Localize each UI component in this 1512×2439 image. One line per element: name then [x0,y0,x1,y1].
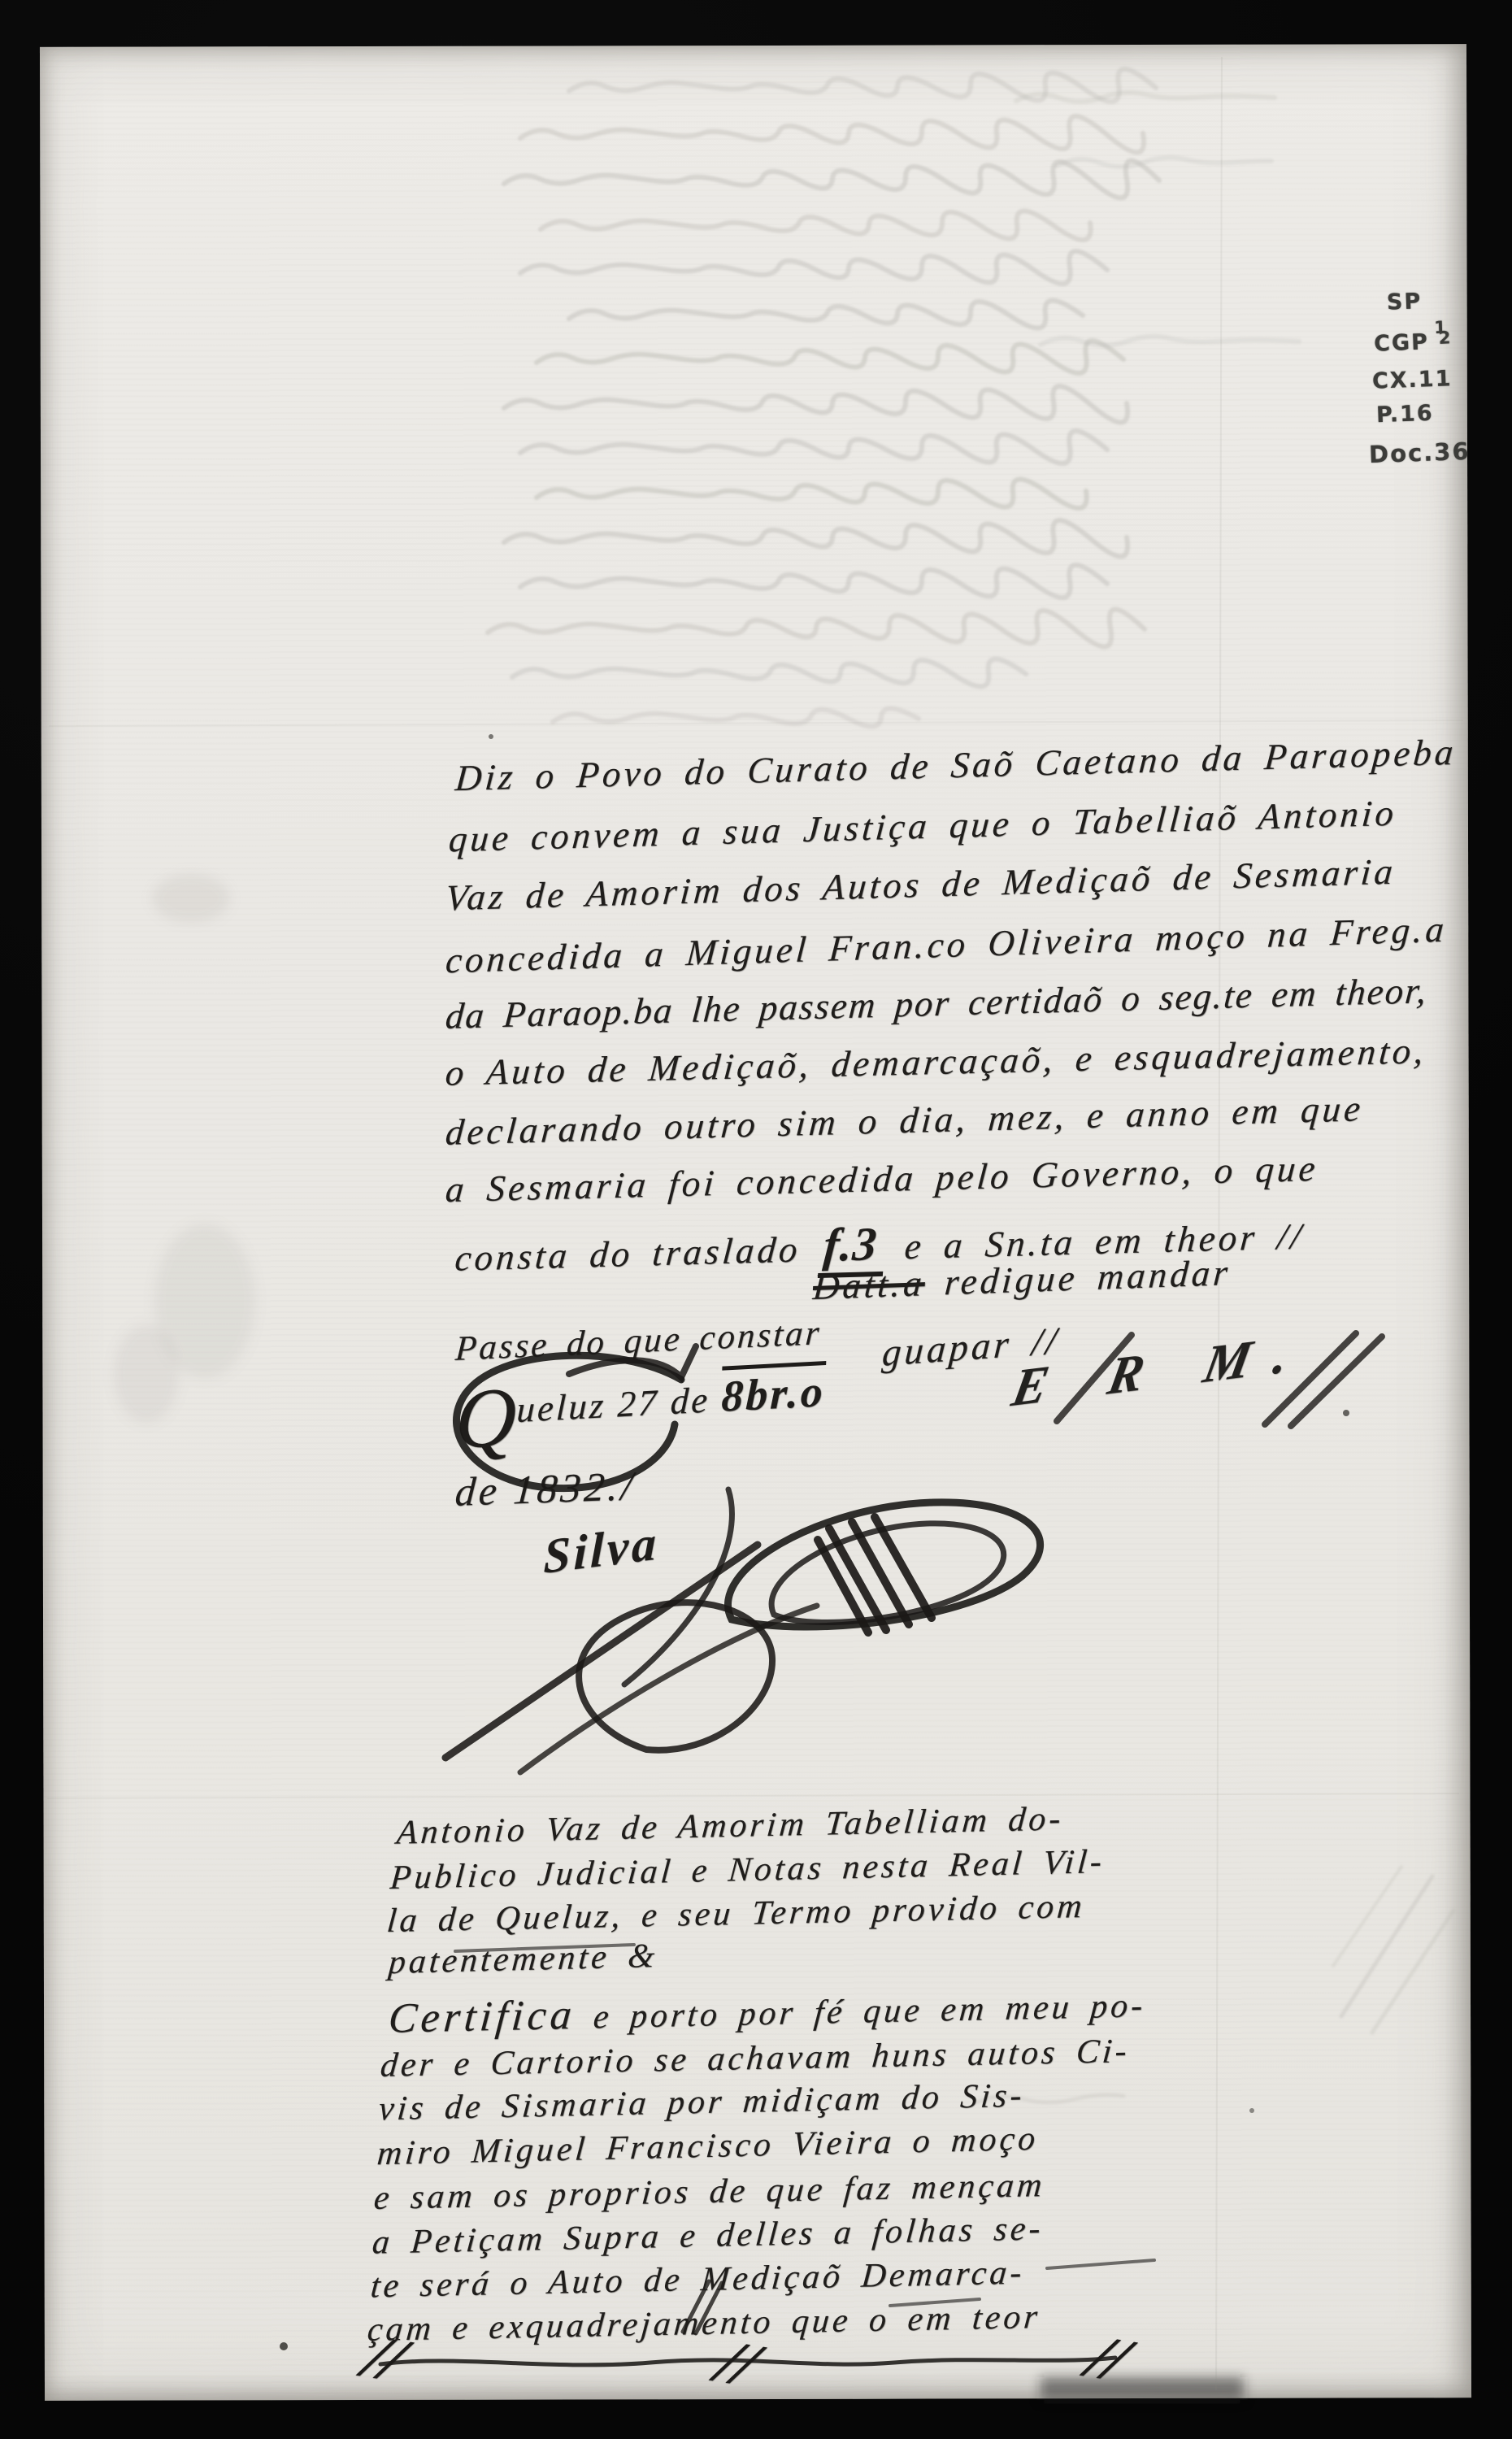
struck-word: Datt.a [811,1263,926,1307]
month-abbreviation: 8br.o [720,1361,826,1421]
queluz-initial: Q [454,1370,518,1467]
stamp-fraction: 12 [1430,322,1453,344]
stamp-line-box: CX.11 [1371,366,1452,393]
certifica-word: Certifica [387,1992,578,2042]
stamp-line-folder: P.16 [1375,401,1434,428]
stamp-line-doc: Doc.36 [1368,437,1471,468]
stamp-line-sp: SP [1386,289,1422,315]
stamp-line-cgp: CGP12 [1373,322,1453,356]
order-yearline: de 1832./ [454,1462,637,1515]
certification-line: patentemente & [387,1937,659,1982]
scanned-document: SP CGP12 CX.11 P.16 Doc.36 Diz o Povo do… [0,0,1512,2439]
